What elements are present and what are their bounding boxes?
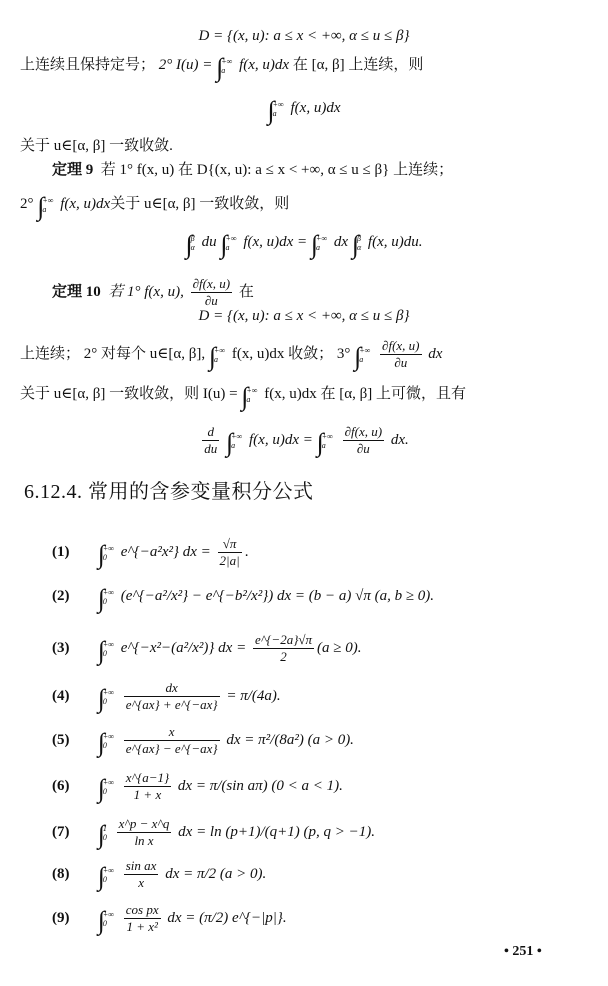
integrand: f(x, u)dx =: [249, 432, 313, 448]
partial-derivative: ∂f(x, u)∂u: [380, 338, 421, 371]
integral-sign: ∫: [354, 342, 361, 371]
integral-sign: ∫: [98, 540, 105, 569]
numerator: x^{a−1}: [124, 770, 171, 787]
integral-sign: ∫: [98, 820, 105, 849]
theorem-9-text: 若 1° f(x, u) 在 D{(x, u): a ≤ x < +∞, α ≤…: [101, 162, 453, 178]
formula-tail: dx = (π/2) e^{−|p|}.: [167, 910, 286, 926]
formula-number: (6): [52, 776, 94, 796]
integral-sign: ∫: [209, 342, 216, 371]
integral-sign: ∫: [220, 230, 227, 259]
conclusion-text: 关于 u∈[α, β] 一致收敛，则 I(u) =: [20, 386, 238, 402]
numerator: d: [202, 424, 219, 441]
integral-sign: ∫: [241, 382, 248, 411]
numerator: ∂f(x, u): [343, 424, 384, 441]
formula-item: (3) ∫+∞0 e^{−x²−(a²/x²)} dx = e^{−2a}√π2…: [52, 632, 362, 665]
formula-fraction: x^p − x^qln x: [117, 816, 172, 849]
page-number: • 251 •: [504, 942, 542, 962]
section-heading: 6.12.4. 常用的含参变量积分公式: [24, 482, 314, 502]
integral-sign: ∫: [311, 230, 318, 259]
denominator: 2|a|: [218, 553, 242, 569]
uniform-convergence: 关于 u∈[α, β] 一致收敛.: [20, 136, 173, 156]
integral-sign: ∫: [216, 53, 223, 82]
sign-condition: 上连续且保持定号；: [20, 57, 155, 73]
formula-item: (7) ∫10 x^p − x^qln x dx = ln (p+1)/(q+1…: [52, 816, 375, 849]
integral-sign: ∫: [98, 906, 105, 935]
formula-number: (7): [52, 822, 94, 842]
formula-tail: dx = ln (p+1)/(q+1) (p, q > −1).: [178, 824, 375, 840]
formula-tail: .: [245, 544, 249, 560]
theorem-10-domain: D = {(x, u): a ≤ x < +∞, α ≤ u ≤ β}: [0, 306, 608, 326]
numerator: x^p − x^q: [117, 816, 172, 833]
integral-sign: ∫: [226, 428, 233, 457]
formula-number: (3): [52, 638, 94, 658]
integral-sign: ∫: [98, 728, 105, 757]
numerator: √π: [218, 536, 242, 553]
integral-sign: ∫: [352, 230, 359, 259]
formula-item: (6) ∫+∞0 x^{a−1}1 + x dx = π/(sin aπ) (0…: [52, 770, 343, 803]
condition-tail: 关于 u∈[α, β] 一致收敛，则: [110, 196, 289, 212]
integral-limits: +∞a: [225, 234, 236, 252]
integral-sign: ∫: [268, 96, 275, 125]
differential: dx.: [391, 432, 409, 448]
formula-number: (8): [52, 864, 94, 884]
domain-definition: D = {(x, u): a ≤ x < +∞, α ≤ u ≤ β}: [0, 26, 608, 46]
formula-fraction: √π2|a|: [218, 536, 242, 569]
integrand: f(x, u)dx =: [243, 234, 307, 250]
denominator: ∂u: [380, 355, 421, 371]
theorem-9-formula: ∫βα du ∫+∞a f(x, u)dx = ∫+∞a dx ∫βα f(x,…: [0, 232, 608, 255]
integrand: f(x, u)dx: [239, 57, 289, 73]
conclusion-text: f(x, u)dx 在 [α, β] 上可微，且有: [264, 386, 466, 402]
denominator: 1 + x: [124, 787, 171, 803]
formula-item: (2) ∫+∞0 (e^{−a²/x²} − e^{−b²/x²}) dx = …: [52, 586, 434, 609]
numerator: dx: [124, 680, 220, 697]
theorem-10-label: 定理 10: [52, 284, 101, 300]
formula-item: (4) ∫+∞0 dxe^{ax} + e^{−ax} = π/(4a).: [52, 680, 281, 713]
formula-tail: (a ≥ 0).: [317, 640, 361, 656]
formula-body: e^{−x²−(a²/x²)} dx =: [121, 640, 246, 656]
denominator: e^{ax} − e^{−ax}: [124, 741, 220, 757]
theorem-9: 定理 9 若 1° f(x, u) 在 D{(x, u): a ≤ x < +∞…: [52, 160, 453, 180]
differential: dx: [334, 234, 348, 250]
numerator: ∂f(x, u): [380, 338, 421, 355]
formula-fraction: cos px1 + x²: [124, 902, 161, 935]
formula-item: (9) ∫+∞0 cos px1 + x² dx = (π/2) e^{−|p|…: [52, 902, 287, 935]
formula-number: (5): [52, 730, 94, 750]
theorem-10-conditions: 上连续； 2° 对每个 u∈[α, β], ∫+∞a f(x, u)dx 收敛；…: [20, 338, 442, 371]
partial-derivative: ∂f(x, u)∂u: [343, 424, 384, 457]
numerator: cos px: [124, 902, 161, 919]
integral-sign: ∫: [98, 774, 105, 803]
formula-number: (2): [52, 586, 94, 606]
theorem-10-text: 若 1° f(x, u),: [108, 284, 184, 300]
formula-fraction: x^{a−1}1 + x: [124, 770, 171, 803]
numerator: e^{−2a}√π: [253, 632, 314, 649]
denominator: 1 + x²: [124, 919, 161, 935]
theorem-9-label: 定理 9: [52, 162, 93, 178]
denominator: du: [202, 441, 219, 457]
formula-fraction: sin axx: [124, 858, 159, 891]
theorem-10-formula: ddu ∫+∞a f(x, u)dx = ∫+∞a ∂f(x, u)∂u dx.: [0, 424, 608, 457]
continuity-line: 上连续且保持定号； 2° I(u) = ∫+∞a f(x, u)dx 在 [α,…: [20, 55, 423, 78]
formula-fraction: xe^{ax} − e^{−ax}: [124, 724, 220, 757]
integral-sign: ∫: [98, 636, 105, 665]
differential: dx: [428, 346, 442, 362]
integral-sign: ∫: [98, 684, 105, 713]
integrand: f(x, u)du.: [368, 234, 423, 250]
integral-sign: ∫: [317, 428, 324, 457]
differential: du: [202, 234, 217, 250]
denominator: e^{ax} + e^{−ax}: [124, 697, 220, 713]
formula-item: (5) ∫+∞0 xe^{ax} − e^{−ax} dx = π²/(8a²)…: [52, 724, 354, 757]
derivative-operator: ddu: [202, 424, 219, 457]
numerator: x: [124, 724, 220, 741]
condition-2-label: 2° I(u) =: [159, 57, 213, 73]
theorem-10-text-end: 在: [239, 284, 254, 300]
formula-body: e^{−a²x²} dx =: [121, 544, 211, 560]
formula-number: (9): [52, 908, 94, 928]
denominator: ln x: [117, 833, 172, 849]
condition-text: 上连续； 2° 对每个 u∈[α, β],: [20, 346, 205, 362]
theorem-10-conclusion: 关于 u∈[α, β] 一致收敛，则 I(u) = ∫+∞a f(x, u)dx…: [20, 384, 466, 407]
condition-label: 2°: [20, 196, 34, 212]
center-integral: ∫+∞a f(x, u)dx: [0, 98, 608, 121]
denominator: x: [124, 875, 159, 891]
formula-tail: dx = π²/(8a²) (a > 0).: [226, 732, 354, 748]
formula-item: (1) ∫+∞0 e^{−a²x²} dx = √π2|a|.: [52, 536, 248, 569]
condition-2-tail: 在 [α, β] 上连续，则: [293, 57, 423, 73]
formula-tail: = π/(4a).: [226, 688, 280, 704]
integral-sign: ∫: [186, 230, 193, 259]
integrand: f(x, u)dx: [60, 196, 110, 212]
theorem-10: 定理 10 若 1° f(x, u), ∂f(x, u)∂u 在: [52, 276, 254, 309]
formula-body: (e^{−a²/x²} − e^{−b²/x²}) dx = (b − a) √…: [121, 588, 434, 604]
formula-fraction: e^{−2a}√π2: [253, 632, 314, 665]
formula-fraction: dxe^{ax} + e^{−ax}: [124, 680, 220, 713]
numerator: ∂f(x, u): [191, 276, 232, 293]
denominator: ∂u: [343, 441, 384, 457]
integral-limits: +∞a: [246, 386, 257, 404]
integral-sign: ∫: [37, 192, 44, 221]
formula-tail: dx = π/(sin aπ) (0 < a < 1).: [178, 778, 343, 794]
theorem-9-condition-2: 2° ∫+∞a f(x, u)dx关于 u∈[α, β] 一致收敛，则: [20, 194, 289, 217]
integrand: f(x, u)dx: [291, 100, 341, 116]
condition-text: f(x, u)dx 收敛； 3°: [232, 346, 350, 362]
formula-number: (4): [52, 686, 94, 706]
partial-derivative: ∂f(x, u)∂u: [191, 276, 232, 309]
formula-tail: dx = π/2 (a > 0).: [165, 866, 266, 882]
integral-sign: ∫: [98, 584, 105, 613]
denominator: 2: [253, 649, 314, 665]
formula-item: (8) ∫+∞0 sin axx dx = π/2 (a > 0).: [52, 858, 266, 891]
formula-number: (1): [52, 542, 94, 562]
integral-sign: ∫: [98, 862, 105, 891]
integral-limits: +∞a: [42, 196, 53, 214]
numerator: sin ax: [124, 858, 159, 875]
